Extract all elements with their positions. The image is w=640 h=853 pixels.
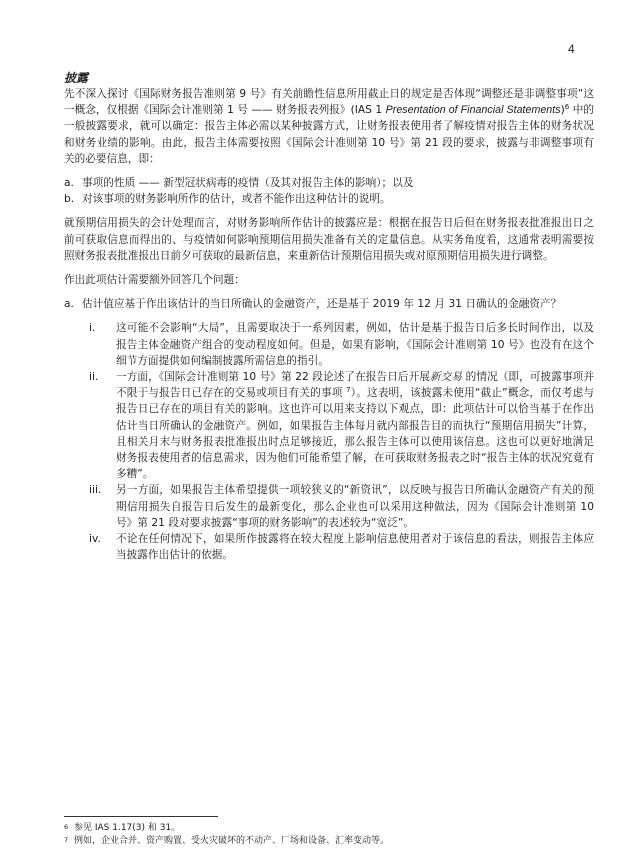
footnote-text: 参见 IAS 1.17(3) 和 31。 xyxy=(74,822,180,835)
sub-item: iii. 另一方面，如果报告主体希望提供一项较狭义的“新资讯”，以反映与报告日所… xyxy=(89,482,594,531)
list-marker: a. xyxy=(64,175,82,191)
list-item-text: 对该事项的财务影响所作的估计，或者不能作出这种估计的说明。 xyxy=(82,191,594,207)
list-marker: b. xyxy=(64,191,82,207)
list-marker: i. xyxy=(89,320,116,369)
list-marker: ii. xyxy=(89,369,116,482)
sub-item-text-1: 一方面，《国际会计准则第 10 号》第 22 段论述了在报告日后开展 xyxy=(116,371,430,383)
ias1-title-italic: Presentation of Financial Statements xyxy=(386,104,561,116)
new-transactions-italic: 新交易 xyxy=(430,371,462,383)
sub-item-text: 一方面，《国际会计准则第 10 号》第 22 段论述了在报告日后开展新交易 的情… xyxy=(116,369,594,482)
sub-items-list: i. 这可能不会影响“大局”，且需要取决于一系列因素，例如，估计是基于报告日后多… xyxy=(89,320,594,563)
footnote-divider xyxy=(64,816,218,817)
list-item: a. 事项的性质 —— 新型冠状病毒的疫情（及其对报告主体的影响）；以及 xyxy=(64,175,594,191)
list-item-text: 事项的性质 —— 新型冠状病毒的疫情（及其对报告主体的影响）；以及 xyxy=(82,175,594,191)
sub-item-text-3: ）。这表明，该披露未使用“截止”概念，而仅考虑与报告日已存在的项目有关的影响。这… xyxy=(116,387,594,480)
sub-item: ii. 一方面，《国际会计准则第 10 号》第 22 段论述了在报告日后开展新交… xyxy=(89,369,594,482)
list-marker: iv. xyxy=(89,531,116,563)
sub-item: i. 这可能不会影响“大局”，且需要取决于一系列因素，例如，估计是基于报告日后多… xyxy=(89,320,594,369)
document-body: 披露 先不深入探讨《国际财务报告准则第 9 号》有关前瞻性信息所用截止日的规定是… xyxy=(64,70,594,563)
footnotes: 6 参见 IAS 1.17(3) 和 31。 7 例如，企业合并、资产购置、受火… xyxy=(64,822,584,847)
ecl-paragraph: 就预期信用损失的会计处理而言，对财务影响所作估计的披露应是：根据在报告日后但在财… xyxy=(64,215,594,264)
footnote: 6 参见 IAS 1.17(3) 和 31。 xyxy=(64,822,584,835)
footnote-number: 6 xyxy=(64,822,74,835)
section-heading: 披露 xyxy=(64,70,594,86)
intro-paragraph: 先不深入探讨《国际财务报告准则第 9 号》有关前瞻性信息所用截止日的规定是否体现… xyxy=(64,86,594,167)
disclosure-list: a. 事项的性质 —— 新型冠状病毒的疫情（及其对报告主体的影响）；以及 b. … xyxy=(64,175,594,207)
sub-item-text: 另一方面，如果报告主体希望提供一项较狭义的“新资讯”，以反映与报告日所确认金融资… xyxy=(116,482,594,531)
list-marker: a. xyxy=(64,296,82,312)
questions-intro: 作出此项估计需要额外回答几个问题： xyxy=(64,272,594,288)
question-text: 估计值应基于作出该估计的当日所确认的金融资产，还是基于 2019 年 12 月 … xyxy=(82,296,594,312)
sub-item-text: 这可能不会影响“大局”，且需要取决于一系列因素，例如，估计是基于报告日后多长时间… xyxy=(116,320,594,369)
sub-item: iv. 不论在任何情况下，如果所作披露将在较大程度上影响信息使用者对于该信息的看… xyxy=(89,531,594,563)
footnote: 7 例如，企业合并、资产购置、受火灾破坏的不动产、厂场和设备、汇率变动等。 xyxy=(64,835,584,848)
page-number: 4 xyxy=(568,42,575,56)
footnote-text: 例如，企业合并、资产购置、受火灾破坏的不动产、厂场和设备、汇率变动等。 xyxy=(74,835,389,848)
questions-list: a. 估计值应基于作出该估计的当日所确认的金融资产，还是基于 2019 年 12… xyxy=(64,296,594,312)
footnote-number: 7 xyxy=(64,835,74,848)
list-marker: iii. xyxy=(89,482,116,531)
list-item: b. 对该事项的财务影响所作的估计，或者不能作出这种估计的说明。 xyxy=(64,191,594,207)
sub-item-text: 不论在任何情况下，如果所作披露将在较大程度上影响信息使用者对于该信息的看法，则报… xyxy=(116,531,594,563)
question-item: a. 估计值应基于作出该估计的当日所确认的金融资产，还是基于 2019 年 12… xyxy=(64,296,594,312)
